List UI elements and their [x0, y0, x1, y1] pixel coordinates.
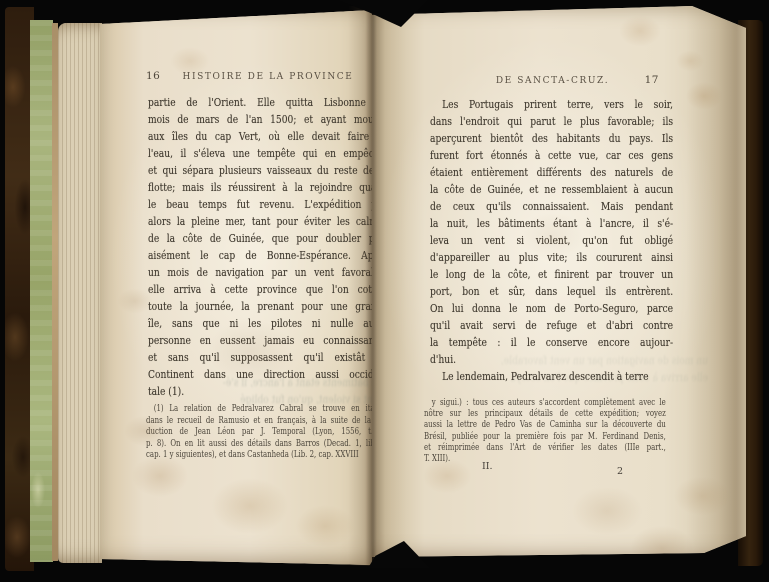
text-line: île, sans que ni les pilotes ni nulle au… [148, 315, 388, 332]
text-line: port, bon et sûr, dans lequel ils entrèr… [430, 283, 673, 300]
text-line: flotte; mais ils réussirent à la rejoind… [148, 179, 388, 196]
footnote-line: T. XIII). [424, 454, 666, 465]
text-line: aux îles du cap Vert, où elle devait fai… [148, 128, 388, 145]
left-page: 16 HISTOIRE DE LA PROVINCE la nuit, les … [100, 6, 372, 566]
text-line: Les Portugais prirent terre, vers le soi… [430, 96, 673, 113]
footnote-line: cap. 1 y siguientes), et dans Castanheda… [146, 450, 388, 462]
running-title-right: DE SANCTA-CRUZ. [430, 76, 675, 86]
text-line: Le lendemain, Pedralvarez descendit à te… [430, 368, 673, 385]
text-line: furent fort étonnés à cette vue, car ces… [430, 147, 673, 164]
footnote-left: (1) La relation de Pedralvarez Cabral se… [146, 404, 388, 462]
footnote-line: dans le recueil de Ramusio et en françai… [146, 416, 388, 428]
text-line: toute la journée, la prenant pour une gr… [148, 298, 388, 315]
text-line: un mois de navigation par un vent favora… [148, 264, 388, 281]
text-line: d'appareiller au plus vite; ils coururen… [430, 249, 673, 266]
text-line: la tempête : il le conserve encore aujou… [430, 334, 673, 351]
endpaper-green-strip [30, 20, 53, 562]
text-line: la côte de Guinée, et ne ressemblaient à… [430, 181, 673, 198]
text-line: de ceux qu'ils connaissaient. Mais penda… [430, 198, 673, 215]
text-line: mois de mars de l'an 1500; et ayant moui… [148, 111, 388, 128]
footnote-line: duction de Jean Léon par J. Temporal (Ly… [146, 427, 388, 439]
page-curve-shadow [686, 6, 746, 558]
text-line: aperçurent bientôt des habitants du pays… [430, 130, 673, 147]
sheet-number: 2 [617, 466, 623, 477]
text-line: elle arriva à cette province que l'on co… [148, 281, 388, 298]
text-line: d'hui. [430, 351, 673, 368]
footnote-line: p. 8). On en lit aussi des détails dans … [146, 439, 388, 451]
paragraph: partie de l'Orient. Elle quitta Lisbonne… [148, 94, 388, 400]
text-line: le beau temps fut revenu. L'expédition p… [148, 196, 388, 213]
footnote-right: y sigui.) : tous ces auteurs s'accordent… [424, 398, 666, 465]
text-line: la nuit, les bâtiments étant à l'ancre, … [430, 215, 673, 232]
right-page: DE SANCTA-CRUZ. 17 un mois de navigation… [372, 6, 746, 558]
text-line: l'eau, il s'éleva une tempête qui en emp… [148, 145, 388, 162]
text-line: alors la pleine mer, tant pour éviter le… [148, 213, 388, 230]
text-line: étaient entièrement différents des natur… [430, 164, 673, 181]
text-line: et qui sépara plusieurs vaisseaux du res… [148, 162, 388, 179]
paragraph: Les Portugais prirent terre, vers le soi… [430, 96, 673, 368]
footnote-line: y sigui.) : tous ces auteurs s'accordent… [424, 398, 666, 409]
text-line: leva un vent si violent, qu'on fut oblig… [430, 232, 673, 249]
text-line: aisément le cap de Bonne-Espérance. Aprè… [148, 247, 388, 264]
text-line: dans l'endroit qui parut le plus favorab… [430, 113, 673, 130]
footnote-line: (1) La relation de Pedralvarez Cabral se… [146, 404, 388, 416]
text-line: On lui donna le nom de Porto-Seguro, par… [430, 300, 673, 317]
footnote-line: Brésil, publiée pour la première fois pa… [424, 432, 666, 443]
book-photo: 16 HISTOIRE DE LA PROVINCE la nuit, les … [0, 0, 769, 582]
text-line: de la côte de Guinée, que pour doubler p… [148, 230, 388, 247]
text-line: Continent dans une direction aussi occid… [148, 366, 388, 383]
text-line: partie de l'Orient. Elle quitta Lisbonne… [148, 94, 388, 111]
text-line: personne en eussent jamais eu connaissan… [148, 332, 388, 349]
text-line: qu'il avait servi de refuge et d'abri co… [430, 317, 673, 334]
body-text-right: Les Portugais prirent terre, vers le soi… [430, 96, 673, 385]
footnote-line: aussi la lettre de Pedro Vas de Caminha … [424, 420, 666, 431]
page-number-right: 17 [645, 74, 659, 86]
signature-mark: II. [482, 461, 493, 472]
page-edges-left [58, 23, 102, 563]
paragraph: Le lendemain, Pedralvarez descendit à te… [430, 368, 673, 385]
footnote-line: nôtre sur les principaux détails de cett… [424, 409, 666, 420]
footnote-line: et réimprimée dans l'Art de vérifier les… [424, 443, 666, 454]
text-line: et sans qu'il supposassent qu'il existât… [148, 349, 388, 366]
text-line: le long de la côte, et finirent par trou… [430, 266, 673, 283]
body-text-left: partie de l'Orient. Elle quitta Lisbonne… [148, 94, 388, 400]
running-title-left: HISTOIRE DE LA PROVINCE [146, 72, 390, 82]
text-line: tale (1). [148, 383, 388, 400]
